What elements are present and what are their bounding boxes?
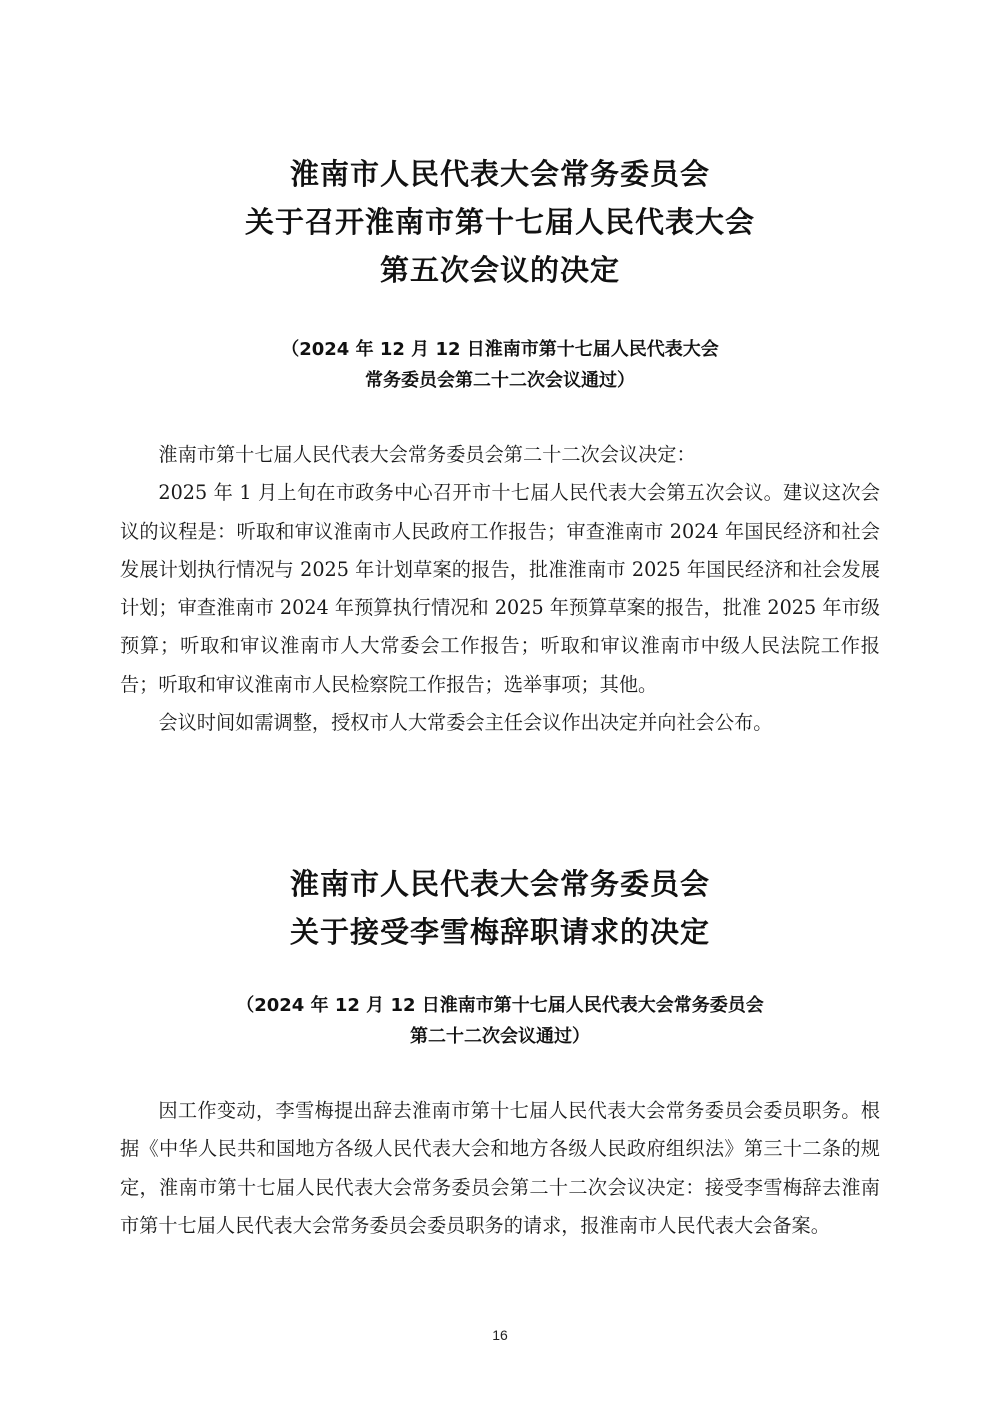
decision2-title-line: 淮南市人民代表大会常务委员会: [0, 860, 1000, 908]
decision2-body: 因工作变动，李雪梅提出辞去淮南市第十七届人民代表大会常务委员会委员职务。根据《中…: [120, 1092, 880, 1245]
decision1-paragraph: 会议时间如需调整，授权市人大常委会主任会议作出决定并向社会公布。: [120, 704, 880, 742]
document-page: 淮南市人民代表大会常务委员会 关于召开淮南市第十七届人民代表大会 第五次会议的决…: [0, 0, 1000, 1415]
decision1-title-line: 淮南市人民代表大会常务委员会: [0, 150, 1000, 198]
decision2-subtitle-line: （2024 年 12 月 12 日淮南市第十七届人民代表大会常务委员会: [0, 990, 1000, 1021]
decision1-title-line: 第五次会议的决定: [0, 246, 1000, 294]
decision1-subtitle: （2024 年 12 月 12 日淮南市第十七届人民代表大会 常务委员会第二十二…: [0, 334, 1000, 396]
decision1-title: 淮南市人民代表大会常务委员会 关于召开淮南市第十七届人民代表大会 第五次会议的决…: [0, 150, 1000, 294]
decision1-subtitle-line: （2024 年 12 月 12 日淮南市第十七届人民代表大会: [0, 334, 1000, 365]
decision1-paragraph: 2025 年 1 月上旬在市政务中心召开市十七届人民代表大会第五次会议。建议这次…: [120, 474, 880, 704]
decision1-subtitle-line: 常务委员会第二十二次会议通过）: [0, 365, 1000, 396]
decision2-title-line: 关于接受李雪梅辞职请求的决定: [0, 908, 1000, 956]
page-number: 16: [0, 1327, 1000, 1343]
decision2-title: 淮南市人民代表大会常务委员会 关于接受李雪梅辞职请求的决定: [0, 860, 1000, 956]
decision2-subtitle-line: 第二十二次会议通过）: [0, 1021, 1000, 1052]
decision1-paragraph: 淮南市第十七届人民代表大会常务委员会第二十二次会议决定：: [120, 436, 880, 474]
decision1-title-line: 关于召开淮南市第十七届人民代表大会: [0, 198, 1000, 246]
decision2-subtitle: （2024 年 12 月 12 日淮南市第十七届人民代表大会常务委员会 第二十二…: [0, 990, 1000, 1052]
decision1-body: 淮南市第十七届人民代表大会常务委员会第二十二次会议决定： 2025 年 1 月上…: [120, 436, 880, 742]
decision2-paragraph: 因工作变动，李雪梅提出辞去淮南市第十七届人民代表大会常务委员会委员职务。根据《中…: [120, 1092, 880, 1245]
